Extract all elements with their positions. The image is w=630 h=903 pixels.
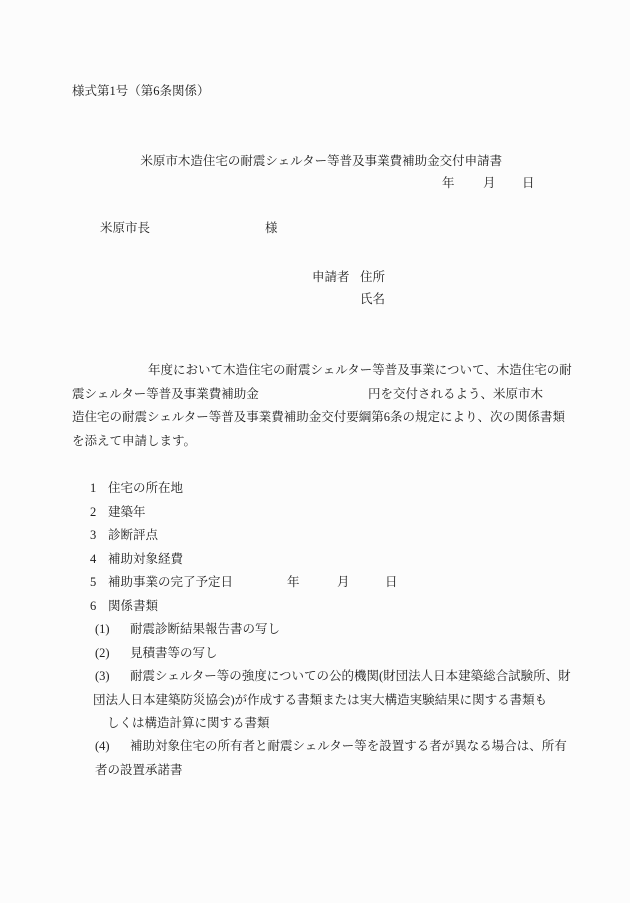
item-label: 補助事業の完了予定日: [108, 570, 233, 594]
item-label: 診断評点: [108, 523, 158, 547]
sub-item-number: (1): [95, 617, 110, 641]
sub-item-text: 見積書等の写し: [130, 641, 218, 665]
sub-item-2: (2) 見積書等の写し: [0, 641, 630, 665]
addressee-line: 米原市長 様: [0, 216, 630, 240]
body-text: 造住宅の耐震シェルター等普及事業費補助金交付要綱第6条の規定により、次の関係書類: [72, 405, 565, 429]
sub-item-text: 団法人日本建築防災協会)が作成する書類または実大構造実験結果に関する書類も: [93, 688, 547, 712]
item-number: 2: [90, 500, 96, 524]
sub-item-number: (2): [95, 641, 110, 665]
item-label: 補助対象経費: [108, 547, 183, 571]
item-label: 住宅の所在地: [108, 476, 183, 500]
sub-item-1: (1) 耐震診断結果報告書の写し: [0, 617, 630, 641]
list-item-4: 4 補助対象経費: [0, 547, 630, 571]
date-line: 年 月 日: [0, 171, 630, 195]
list-item-3: 3 診断評点: [0, 523, 630, 547]
form-number-line: 様式第1号（第6条関係）: [0, 79, 630, 103]
list-item-2: 2 建築年: [0, 500, 630, 524]
list-item-5: 5 補助事業の完了予定日 年 月 日: [0, 570, 630, 594]
sub-item-3-continuation-1: 団法人日本建築防災協会)が作成する書類または実大構造実験結果に関する書類も: [0, 688, 630, 712]
body-line-1: 年度において木造住宅の耐震シェルター等普及事業について、木造住宅の耐: [0, 358, 630, 382]
sub-item-3: (3) 耐震シェルター等の強度についての公的機関(財団法人日本建築総合試験所、財: [0, 664, 630, 688]
completion-year-label: 年: [287, 570, 300, 594]
date-year-label: 年: [442, 171, 455, 195]
item-number: 5: [90, 570, 96, 594]
list-item-1: 1 住宅の所在地: [0, 476, 630, 500]
sub-item-text: 者の設置承諾書: [95, 758, 183, 782]
item-label: 建築年: [108, 500, 146, 524]
sub-item-3-continuation-2: しくは構造計算に関する書類: [0, 711, 630, 735]
body-line-2: 震シェルター等普及事業費補助金 円を交付されるよう、米原市木: [0, 382, 630, 406]
date-day-label: 日: [522, 171, 535, 195]
list-item-6: 6 関係書類: [0, 594, 630, 618]
form-number: 様式第1号（第6条関係）: [72, 79, 210, 103]
body-text: 年度において木造住宅の耐震シェルター等普及事業について、木造住宅の耐: [148, 358, 572, 382]
item-number: 3: [90, 523, 96, 547]
applicant-name-label: 氏名: [360, 287, 385, 311]
sub-item-text: 耐震診断結果報告書の写し: [130, 617, 280, 641]
applicant-label: 申請者: [312, 265, 350, 289]
sub-item-text: 耐震シェルター等の強度についての公的機関(財団法人日本建築総合試験所、財: [130, 664, 571, 688]
title-line: 米原市木造住宅の耐震シェルター等普及事業費補助金交付申請書: [0, 125, 630, 149]
sub-item-4-continuation: 者の設置承諾書: [0, 758, 630, 782]
body-text: 震シェルター等普及事業費補助金: [72, 382, 259, 406]
sub-item-number: (3): [95, 664, 110, 688]
application-form-document: 様式第1号（第6条関係） 米原市木造住宅の耐震シェルター等普及事業費補助金交付申…: [0, 0, 630, 903]
applicant-address-label: 住所: [360, 265, 385, 289]
item-label: 関係書類: [108, 594, 158, 618]
applicant-name-line: 氏名: [0, 287, 630, 311]
completion-day-label: 日: [385, 570, 398, 594]
document-title: 米原市木造住宅の耐震シェルター等普及事業費補助金交付申請書: [140, 154, 502, 168]
body-text: を添えて申請します。: [72, 429, 196, 453]
item-number: 4: [90, 547, 96, 571]
body-line-3: 造住宅の耐震シェルター等普及事業費補助金交付要綱第6条の規定により、次の関係書類: [0, 405, 630, 429]
sub-item-4: (4) 補助対象住宅の所有者と耐震シェルター等を設置する者が異なる場合は、所有: [0, 734, 630, 758]
applicant-address-line: 申請者 住所: [0, 265, 630, 289]
body-text: 円を交付されるよう、米原市木: [368, 382, 543, 406]
body-line-4: を添えて申請します。: [0, 429, 630, 453]
item-number: 6: [90, 594, 96, 618]
addressee-name: 米原市長: [100, 216, 150, 240]
completion-month-label: 月: [337, 570, 350, 594]
sub-item-text: 補助対象住宅の所有者と耐震シェルター等を設置する者が異なる場合は、所有: [130, 734, 567, 758]
item-number: 1: [90, 476, 96, 500]
sub-item-text: しくは構造計算に関する書類: [107, 711, 270, 735]
addressee-honorific: 様: [265, 216, 278, 240]
sub-item-number: (4): [95, 734, 110, 758]
date-month-label: 月: [483, 171, 496, 195]
